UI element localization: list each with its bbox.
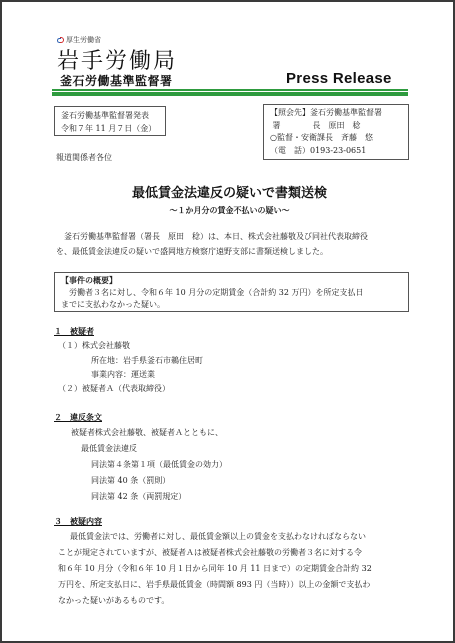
violation-line: 同法第４条第１項（最低賃金の効力） xyxy=(91,459,227,470)
header-divider xyxy=(52,89,408,96)
allegation-line: ことが規定されていますが、被疑者Ａは被疑者株式会社藤敬の労働者３名に対する令 xyxy=(58,547,362,558)
issuer-line: 釜石労働基準監督署発表 xyxy=(61,109,159,122)
suspect-company: （１）株式会社藤敬 xyxy=(58,340,130,351)
bureau-name: 岩手労働局 xyxy=(57,44,177,75)
section-allegations-heading: ３ 被疑内容 xyxy=(54,516,102,527)
intro-line: 釜石労働基準監督署（署長 原田 稔）は、本日、株式会社藤敬及び同社代表取締役 xyxy=(56,229,406,244)
press-release-label: Press Release xyxy=(286,70,392,87)
suspect-company-address: 所在地：岩手県釜石市鵜住居町 xyxy=(91,355,203,366)
section-suspects-heading: １ 被疑者 xyxy=(54,326,94,337)
press-release-page: 厚生労働省 岩手労働局 釜石労働基準監督署 Press Release 釜石労働… xyxy=(0,0,455,643)
allegation-line: 和６年 10 月分（令和６年 10 月１日から同年 10 月 11 日まで）の定… xyxy=(58,563,372,574)
violation-line: 同法第 42 条（両罰規定） xyxy=(91,491,186,502)
suspect-company-business: 事業内容：運送業 xyxy=(91,369,155,380)
document-subtitle: ～１か月分の賃金不払いの疑い～ xyxy=(2,205,455,216)
contact-heading: 【照会先】釜石労働基準監督署 xyxy=(270,107,402,120)
suspect-person: （２）被疑者Ａ（代表取締役） xyxy=(58,383,170,394)
issuer-box: 釜石労働基準監督署発表 令和７年 11 月７日（金） xyxy=(54,106,166,136)
case-summary-line: 労働者３名に対し、令和６年 10 月分の定期賃金（合計約 32 万円）を所定支払… xyxy=(61,287,402,299)
issue-date: 令和７年 11 月７日（金） xyxy=(61,122,159,135)
allegation-line: 最低賃金法では、労働者に対し、最低賃金額以上の賃金を支払わなければならない xyxy=(70,531,366,542)
allegation-line: 万円を、所定支払日に、岩手県最低賃金（時間額 893 円（当時））以上の金額で支… xyxy=(58,579,370,590)
ministry-logo-icon xyxy=(57,37,64,44)
contact-chief: 署 長 原田 稔 xyxy=(270,120,402,133)
violation-line: 同法第 40 条（罰則） xyxy=(91,475,170,486)
case-summary-line: までに支払わなかった疑い。 xyxy=(61,299,402,311)
allegation-line: なかった疑いがあるものです。 xyxy=(58,595,169,606)
case-summary-box: 【事件の概要】 労働者３名に対し、令和６年 10 月分の定期賃金（合計約 32 … xyxy=(54,272,409,312)
section-violations-heading: ２ 違反条文 xyxy=(54,412,102,423)
office-name: 釜石労働基準監督署 xyxy=(60,72,173,89)
contact-section-chief: ○監督・安衛課長 斉藤 悠 xyxy=(270,132,402,145)
intro-line: を、最低賃金法違反の疑いで盛岡地方検察庁遠野支部に書類送検しました。 xyxy=(56,244,406,259)
addressee: 報道関係者各位 xyxy=(56,152,112,163)
violation-line: 被疑者株式会社藤敬、被疑者Ａとともに、 xyxy=(71,427,223,438)
contact-phone: （電 話）0193-23-0651 xyxy=(270,145,402,158)
contact-box: 【照会先】釜石労働基準監督署 署 長 原田 稔 ○監督・安衛課長 斉藤 悠 （電… xyxy=(263,104,409,160)
document-title: 最低賃金法違反の疑いで書類送検 xyxy=(2,182,455,201)
case-summary-heading: 【事件の概要】 xyxy=(61,275,402,287)
violation-line: 最低賃金法違反 xyxy=(81,443,137,454)
intro-paragraph: 釜石労働基準監督署（署長 原田 稔）は、本日、株式会社藤敬及び同社代表取締役 を… xyxy=(56,229,406,259)
